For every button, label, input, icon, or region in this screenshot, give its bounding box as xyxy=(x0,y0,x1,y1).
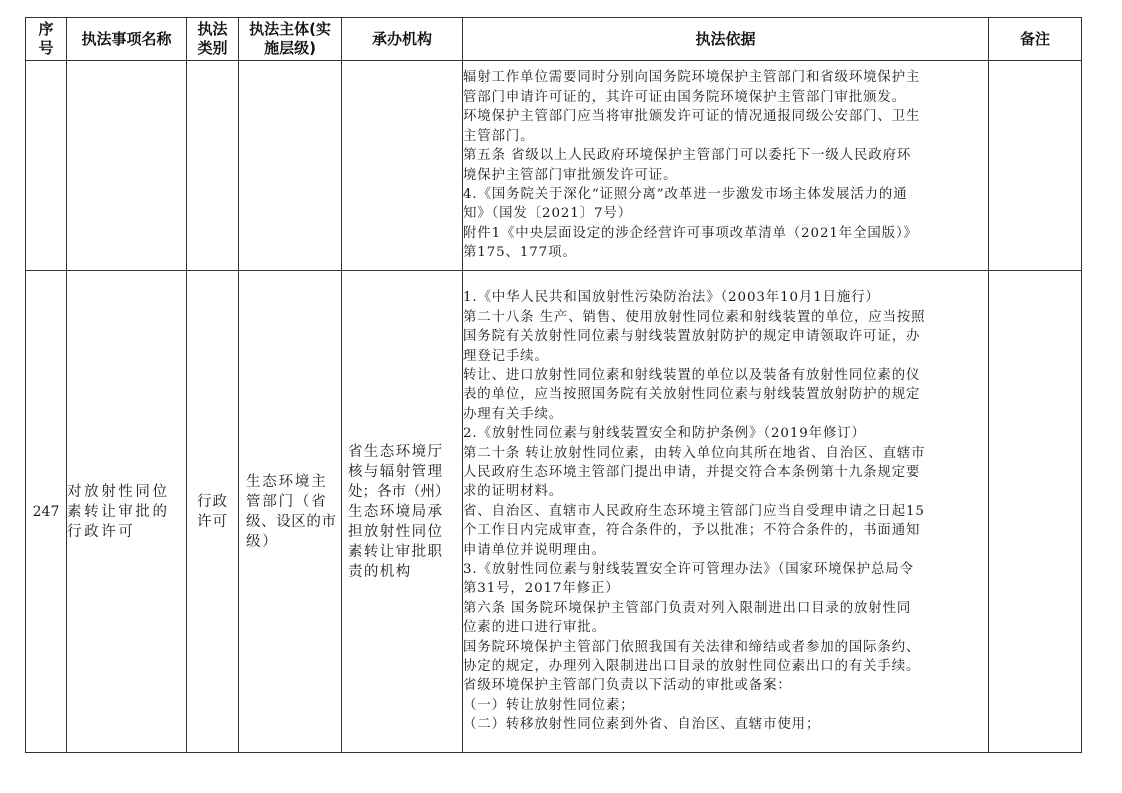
cell-remarks xyxy=(989,61,1082,271)
basis-line: 省、自治区、直辖市人民政府生态环境主管部门应当自受理申请之日起15 xyxy=(463,502,988,521)
cell-category: 行政 许可 xyxy=(187,271,239,753)
document-page: 序号 执法事项名称 执法类别 执法主体(实施层级) 承办机构 执法依据 备注 辐… xyxy=(0,0,1122,793)
basis-line: 申请单位并说明理由。 xyxy=(463,541,988,560)
basis-line: 位素的进口进行审批。 xyxy=(463,618,988,637)
basis-line: 附件1《中央层面设定的涉企经营许可事项改革清单（2021年全国版）》 xyxy=(463,224,988,243)
basis-line: 第31号，2017年修正） xyxy=(463,579,988,598)
basis-line: 办理有关手续。 xyxy=(463,405,988,424)
header-seq: 序号 xyxy=(26,18,67,61)
cell-item-name xyxy=(67,61,187,271)
basis-line: 表的单位，应当按照国务院有关放射性同位素与射线装置放射防护的规定 xyxy=(463,385,988,404)
basis-line: 2.《放射性同位素与射线装置安全和防护条例》（2019年修订） xyxy=(463,424,988,443)
cell-remarks xyxy=(989,271,1082,753)
header-row: 序号 执法事项名称 执法类别 执法主体(实施层级) 承办机构 执法依据 备注 xyxy=(26,18,1082,61)
table-row-247: 247 对放射性同位 素转让审批的 行政许可 行政 许可 生态环境主 管部门（省… xyxy=(26,271,1082,753)
basis-line: 理登记手续。 xyxy=(463,347,988,366)
basis-line: 国务院有关放射性同位素与射线装置放射防护的规定申请领取许可证，办 xyxy=(463,327,988,346)
table-row-continuation: 辐射工作单位需要同时分别向国务院环境保护主管部门和省级环境保护主 管部门申请许可… xyxy=(26,61,1082,271)
basis-line: 4.《国务院关于深化“证照分离”改革进一步激发市场主体发展活力的通 xyxy=(463,185,988,204)
basis-line: 主管部门。 xyxy=(463,127,988,146)
basis-line: 第175、177项。 xyxy=(463,243,988,262)
basis-line: 1.《中华人民共和国放射性污染防治法》（2003年10月1日施行） xyxy=(463,288,988,307)
basis-line: 求的证明材料。 xyxy=(463,482,988,501)
basis-line: 环境保护主管部门应当将审批颁发许可证的情况通报同级公安部门、卫生 xyxy=(463,107,988,126)
basis-line: 个工作日内完成审查，符合条件的，予以批准；不符合条件的，书面通知 xyxy=(463,521,988,540)
basis-line: 知》（国发〔2021〕7号） xyxy=(463,204,988,223)
basis-line: （二）转移放射性同位素到外省、自治区、直辖市使用； xyxy=(463,715,988,734)
basis-line: 国务院环境保护主管部门依照我国有关法律和缔结或者参加的国际条约、 xyxy=(463,638,988,657)
cell-category xyxy=(187,61,239,271)
basis-line: 第二十八条 生产、销售、使用放射性同位素和射线装置的单位，应当按照 xyxy=(463,308,988,327)
header-agency: 承办机构 xyxy=(342,18,463,61)
basis-line: 境保护主管部门审批颁发许可证。 xyxy=(463,166,988,185)
cell-basis: 辐射工作单位需要同时分别向国务院环境保护主管部门和省级环境保护主 管部门申请许可… xyxy=(463,61,989,271)
basis-line: 第二十条 转让放射性同位素，由转入单位向其所在地省、自治区、直辖市 xyxy=(463,444,988,463)
cell-subject: 生态环境主 管部门（省 级、设区的市 级） xyxy=(239,271,342,753)
basis-line: 第五条 省级以上人民政府环境保护主管部门可以委托下一级人民政府环 xyxy=(463,146,988,165)
basis-line: 转让、进口放射性同位素和射线装置的单位以及装备有放射性同位素的仪 xyxy=(463,366,988,385)
basis-line: 3.《放射性同位素与射线装置安全许可管理办法》（国家环境保护总局令 xyxy=(463,560,988,579)
header-basis: 执法依据 xyxy=(463,18,989,61)
basis-line: 省级环境保护主管部门负责以下活动的审批或备案： xyxy=(463,676,988,695)
header-subject: 执法主体(实施层级) xyxy=(239,18,342,61)
cell-subject xyxy=(239,61,342,271)
basis-line: 辐射工作单位需要同时分别向国务院环境保护主管部门和省级环境保护主 xyxy=(463,68,988,87)
basis-line: 管部门申请许可证的，其许可证由国务院环境保护主管部门审批颁发。 xyxy=(463,88,988,107)
enforcement-matters-table: 序号 执法事项名称 执法类别 执法主体(实施层级) 承办机构 执法依据 备注 辐… xyxy=(25,17,1082,753)
basis-line: （一）转让放射性同位素； xyxy=(463,696,988,715)
cell-item-name: 对放射性同位 素转让审批的 行政许可 xyxy=(67,271,187,753)
cell-basis: 1.《中华人民共和国放射性污染防治法》（2003年10月1日施行） 第二十八条 … xyxy=(463,271,989,753)
cell-seq: 247 xyxy=(26,271,67,753)
basis-line: 第六条 国务院环境保护主管部门负责对列入限制进出口目录的放射性同 xyxy=(463,599,988,618)
basis-line: 协定的规定，办理列入限制进出口目录的放射性同位素出口的有关手续。 xyxy=(463,657,988,676)
cell-agency: 省生态环境厅 核与辐射管理 处；各市（州） 生态环境局承 担放射性同位 素转让审… xyxy=(342,271,463,753)
cell-seq xyxy=(26,61,67,271)
header-category: 执法类别 xyxy=(187,18,239,61)
cell-agency xyxy=(342,61,463,271)
header-item-name: 执法事项名称 xyxy=(67,18,187,61)
header-remarks: 备注 xyxy=(989,18,1082,61)
basis-line: 人民政府生态环境主管部门提出申请，并提交符合本条例第十九条规定要 xyxy=(463,463,988,482)
